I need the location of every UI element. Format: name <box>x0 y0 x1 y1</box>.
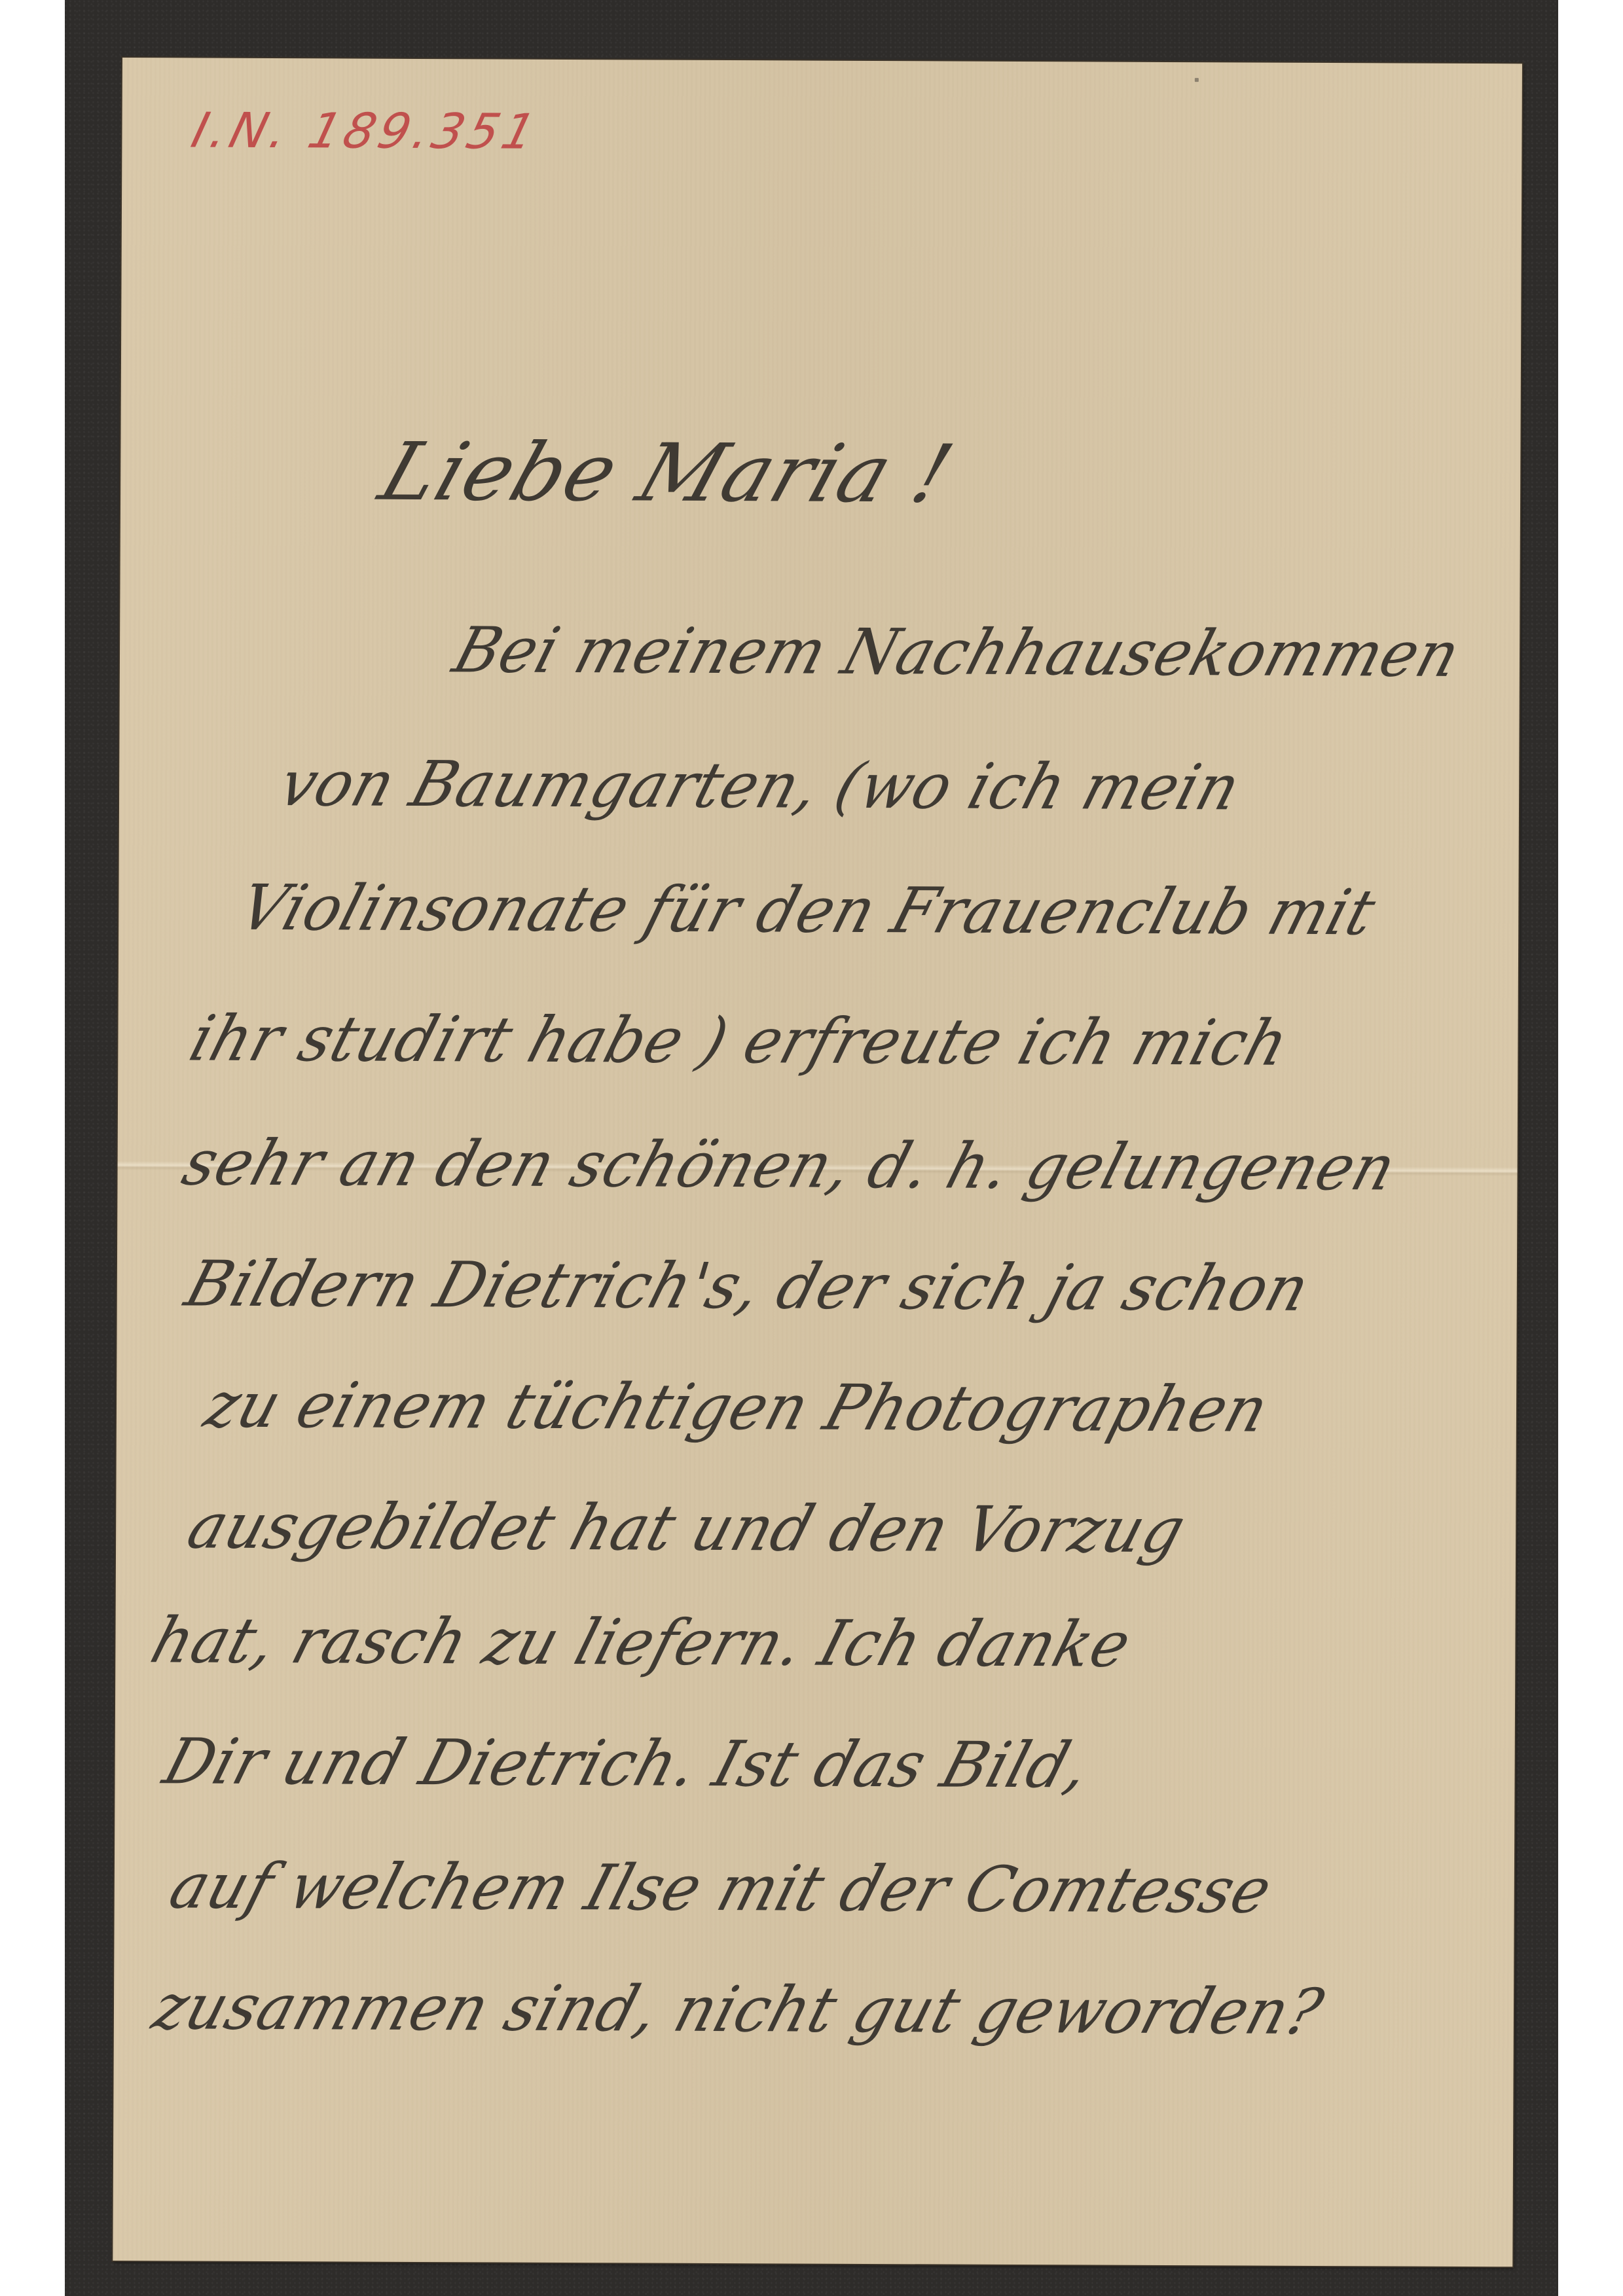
letter-line-1: Bei meinem Nachhausekommen <box>447 619 1467 686</box>
letter-line-10: Dir und Dietrich. Ist das Bild, <box>157 1730 1097 1797</box>
letter-line-7: zu einem tüchtigen Photographen <box>198 1374 1275 1441</box>
letter-body: Liebe Maria ! Bei meinem Nachhausekommen… <box>113 58 1522 2267</box>
letter-line-2: von Baumgarten, (wo ich mein <box>273 752 1247 819</box>
salutation: Liebe Maria ! <box>369 425 965 521</box>
letter-sheet: I.N. 189.351 Liebe Maria ! Bei meinem Na… <box>113 58 1522 2267</box>
letter-line-5: sehr an den schönen, d. h. gelungenen <box>176 1131 1402 1199</box>
letter-line-4: ihr studirt habe ) erfreute ich mich <box>183 1007 1296 1075</box>
letter-line-9: hat, rasch zu liefern. Ich danke <box>145 1609 1138 1676</box>
letter-line-12: zusammen sind, nicht gut geworden? <box>147 1975 1330 2043</box>
letter-line-3: Violinsonate für den Frauenclub mit <box>233 876 1383 944</box>
letter-line-11: auf welchem Ilse mit der Comtesse <box>164 1854 1279 1922</box>
letter-line-6: Bildern Dietrich's, der sich ja schon <box>179 1253 1317 1320</box>
letter-line-8: ausgebildet hat und den Vorzug <box>181 1495 1192 1562</box>
